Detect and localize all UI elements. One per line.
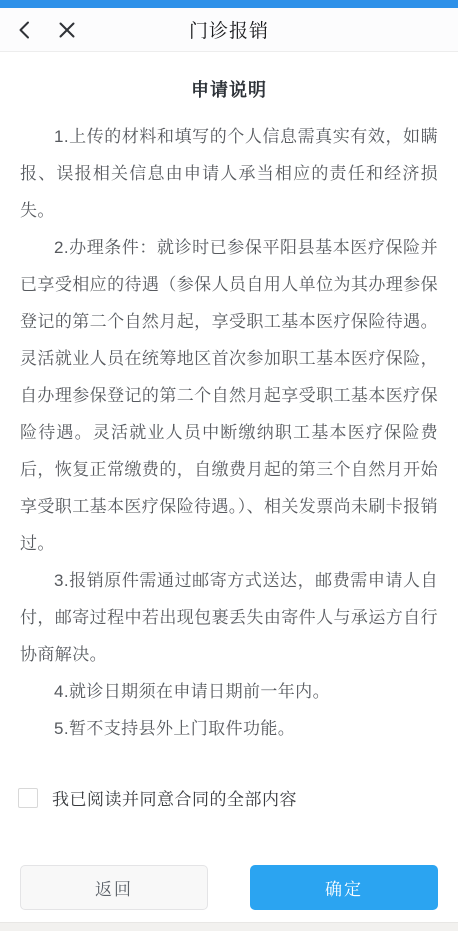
instruction-paragraph-5: 5.暂不支持县外上门取件功能。 (20, 710, 438, 747)
instruction-paragraph-4: 4.就诊日期须在申请日期前一年内。 (20, 673, 438, 710)
status-bar (0, 0, 458, 8)
bottom-home-area (0, 922, 458, 931)
instruction-paragraph-2: 2.办理条件：就诊时已参保平阳县基本医疗保险并已享受相应的待遇（参保人员自用人单… (20, 229, 438, 562)
section-title: 申请说明 (20, 52, 438, 102)
instruction-paragraph-1: 1.上传的材料和填写的个人信息需真实有效，如瞒报、误报相关信息由申请人承当相应的… (20, 118, 438, 229)
agreement-label[interactable]: 我已阅读并同意合同的全部内容 (52, 785, 297, 810)
close-icon[interactable] (54, 17, 80, 43)
back-button[interactable]: 返回 (20, 865, 208, 910)
navbar: 门诊报销 (0, 8, 458, 52)
agreement-checkbox[interactable] (18, 788, 38, 808)
button-row: 返回 确定 (20, 865, 438, 910)
confirm-button[interactable]: 确定 (250, 865, 438, 910)
content-card: 申请说明 1.上传的材料和填写的个人信息需真实有效，如瞒报、误报相关信息由申请人… (0, 52, 458, 922)
agreement-row: 我已阅读并同意合同的全部内容 (20, 785, 438, 810)
chevron-left-icon (15, 20, 35, 40)
x-cross-icon (57, 20, 77, 40)
instruction-paragraph-3: 3.报销原件需通过邮寄方式送达，邮费需申请人自付，邮寄过程中若出现包裹丢失由寄件… (20, 562, 438, 673)
back-icon[interactable] (12, 17, 38, 43)
instructions-block: 1.上传的材料和填写的个人信息需真实有效，如瞒报、误报相关信息由申请人承当相应的… (20, 118, 438, 747)
